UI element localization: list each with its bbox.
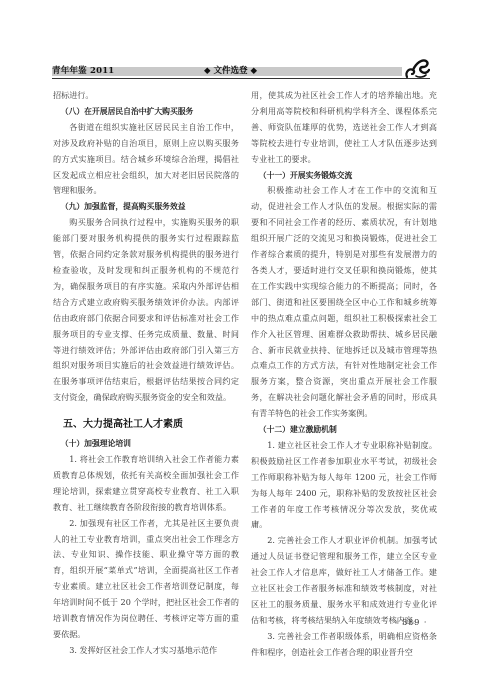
paragraph: 3. 完善社会工作者职级体系，明确相应资格条件和程序，创造社会工作者合理的职业晋…	[251, 629, 437, 661]
paragraph: 积极推动社会工作人才在工作中的交流和互动，促进社会工作人才队伍的发展。根据实际的…	[251, 183, 437, 422]
subheading-11: （十一）开展实务锻炼交流	[251, 168, 437, 184]
subheading-9: （九）加强监督，提高购买服务效益	[53, 199, 239, 215]
paragraph-continued: 招标进行。	[53, 88, 239, 104]
paragraph-continued: 用，使其成为社区社会工作人才的培养输出地。充分利用高等院校和科研机构学科齐全、课…	[251, 88, 437, 168]
journal-title: 青年年鉴 2011	[52, 64, 114, 78]
left-column: 招标进行。 （八）在开展居民自治中扩大购买服务 各街道在组织实施社区居民民主自治…	[53, 88, 239, 659]
paragraph: 2. 完善社会工作人才职业评价机制。加强考试通过人员证书登记管理和服务工作，建立…	[251, 533, 437, 628]
subheading-10: （十）加强理论培训	[53, 436, 239, 452]
running-header: 青年年鉴 2011 ◆ 文件选登 ◆	[52, 64, 430, 79]
right-column: 用，使其成为社区社会工作人才的培养输出地。充分利用高等院校和科研机构学科齐全、课…	[251, 88, 437, 661]
paragraph: 1. 建立社区社会工作人才专业职称补贴制度。积极鼓励社区工作者参加职业水平考试，…	[251, 438, 437, 533]
page-number: · 389 ·	[395, 618, 427, 627]
section-heading-5: 五、大力提高社工人才素质	[53, 416, 239, 434]
subheading-8: （八）在开展居民自治中扩大购买服务	[53, 104, 239, 120]
subheading-12: （十二）建立激励机制	[251, 422, 437, 438]
paragraph: 购买服务合同执行过程中，实施购买服务的职能部门要对服务机构提供的服务实行过程跟踪…	[53, 215, 239, 406]
header-rule	[52, 78, 430, 79]
paragraph: 1. 将社会工作教育培训纳入社会工作者能力素质教育总体规划，依托有关高校全面加强…	[53, 452, 239, 516]
section-title: ◆ 文件选登 ◆	[204, 64, 257, 78]
swirl-ornament-icon	[404, 57, 430, 79]
document-page: 青年年鉴 2011 ◆ 文件选登 ◆ 招标进行。 （八）在开展居民自治中扩大购买…	[0, 0, 480, 680]
paragraph: 2. 加强现有社区工作者，尤其是社区主要负责人的社工专业教育培训，重点突出社会工…	[53, 516, 239, 643]
paragraph: 各街道在组织实施社区居民民主自治工作中，对涉及政府补贴的自治项目，原则上应以购买…	[53, 120, 239, 200]
paragraph: 3. 发挥好区社会工作人才实习基地示范作	[53, 643, 239, 659]
